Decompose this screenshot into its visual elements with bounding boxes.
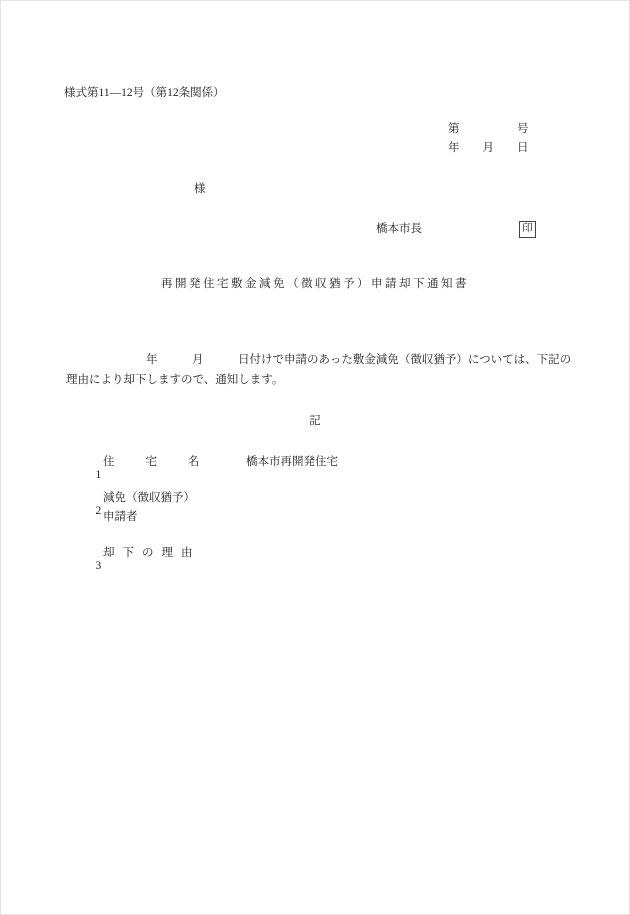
item-value: 橋本市再開発住宅 <box>246 456 338 469</box>
seal-mark-icon: 印 <box>522 224 533 235</box>
item-number: 2 <box>96 505 102 517</box>
body-line-1: 年 月 日付けで申請のあった敷金減免（徴収猶予）については、下記の <box>146 354 571 367</box>
addressee-honorific: 様 <box>194 183 206 196</box>
doc-number-line: 第 号 <box>448 123 529 136</box>
item-label: 減免（徴収猶予） <box>103 492 195 505</box>
item-number: 1 <box>96 469 102 481</box>
list-item-applicant: 2 減免（徴収猶予） <box>84 492 101 545</box>
list-item-rejection-reason: 3 却下の理由 <box>84 547 101 600</box>
form-number: 様式第11―12号（第12条関係） <box>64 87 225 100</box>
item-label: 却下の理由 <box>103 547 201 560</box>
sender-title: 橋本市長 <box>376 223 422 236</box>
body-line-2: 理由により却下しますので、通知します。 <box>66 374 283 387</box>
document-page: 様式第11―12号（第12条関係） 第 号 年 月 日 様 橋本市長 印 再開発… <box>0 0 630 915</box>
list-item-applicant-sublabel: 申請者 <box>103 511 138 524</box>
item-label: 住宅名 <box>103 456 231 469</box>
item-number: 3 <box>96 560 102 572</box>
record-heading: 記 <box>1 415 629 428</box>
seal-box: 印 <box>519 221 536 238</box>
document-title: 再開発住宅敷金減免（徴収猶予）申請却下通知書 <box>1 278 629 291</box>
date-line: 年 月 日 <box>448 142 529 155</box>
